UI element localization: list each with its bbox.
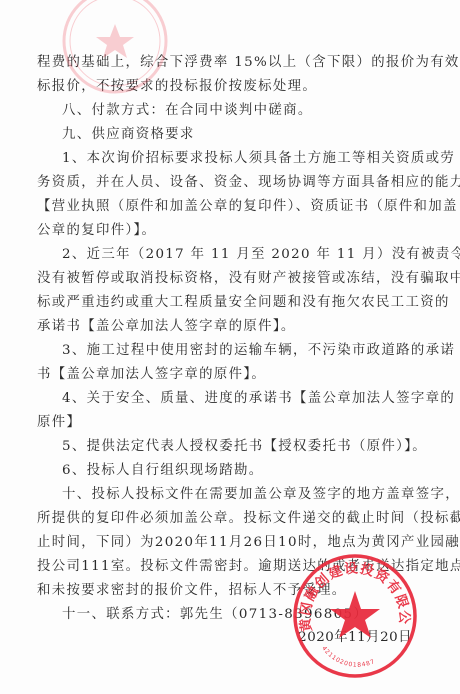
document-line: 九、供应商资格要求 (62, 127, 442, 143)
document-line: 承诺书【盖公章加法人签字章的原件】。 (37, 319, 417, 335)
svg-text:4211020018487: 4211020018487 (320, 645, 376, 669)
document-line: 止时间，下同）为2020年11月26日10时，地点为黄冈产业园融创建 (37, 535, 417, 551)
document-line: 【营业执照（原件和加盖公章的复印件）、资质证书（原件和加盖 (37, 199, 417, 215)
document-line: 务资质，并在人员、设备、资金、现场协调等方面具备相应的能力 (37, 175, 417, 191)
document-line: 4、关于安全、质量、进度的承诺书【盖公章加法人签字章的 (62, 391, 442, 407)
document-line: 投公司111室。投标文件需密封。逾期送达的或者未送达指定地点 (37, 559, 417, 575)
document-line: 十、投标人投标文件在需要加盖公章及签字的地方盖章签字， (62, 487, 442, 503)
document-line: 标报价，不按要求的投标报价按废标处理。 (37, 79, 417, 95)
document-line: 和未按要求密封的报价文件，招标人不予受理。 (37, 583, 417, 599)
document-line: 书【盖公章加法人签字章的原件】。 (37, 367, 417, 383)
document-date: 2020年11月20日 (298, 626, 412, 645)
document-line: 5、提供法定代表人授权委托书【授权委托书（原件）】。 (62, 439, 442, 455)
document-line: 原件】 (37, 415, 417, 431)
document-line: 八、付款方式：在合同中谈判中磋商。 (62, 103, 442, 119)
document-line: 程费的基础上，综合下浮费率 15%以上（含下限）的报价为有效投 (37, 55, 417, 71)
document-line: 6、投标人自行组织现场踏勘。 (62, 463, 442, 479)
document-line: 2、近三年（2017 年 11 月至 2020 年 11 月）没有被责令停业， (62, 247, 442, 263)
document-page: 程费的基础上，综合下浮费率 15%以上（含下限）的报价为有效投标报价，不按要求的… (0, 0, 460, 694)
document-line: 1、本次询价招标要求投标人须具备土方施工等相关资质或劳 (62, 151, 442, 167)
document-line: 标或严重违约或重大工程质量安全问题和没有拖欠农民工工资的 (37, 295, 417, 311)
document-line: 没有被暂停或取消投标资格，没有财产被接管或冻结，没有骗取中 (37, 271, 417, 287)
seal-serial: 4211020018487 (320, 645, 376, 669)
document-line: 所提供的复印件必须加盖公章。投标文件递交的截止时间（投标截 (37, 511, 417, 527)
document-line: 3、施工过程中使用密封的运输车辆，不污染市政道路的承诺 (62, 343, 442, 359)
document-line: 十一、联系方式：郭先生（0713-8396805） (62, 607, 442, 623)
document-line: 公章的复印件）】。 (37, 223, 417, 239)
